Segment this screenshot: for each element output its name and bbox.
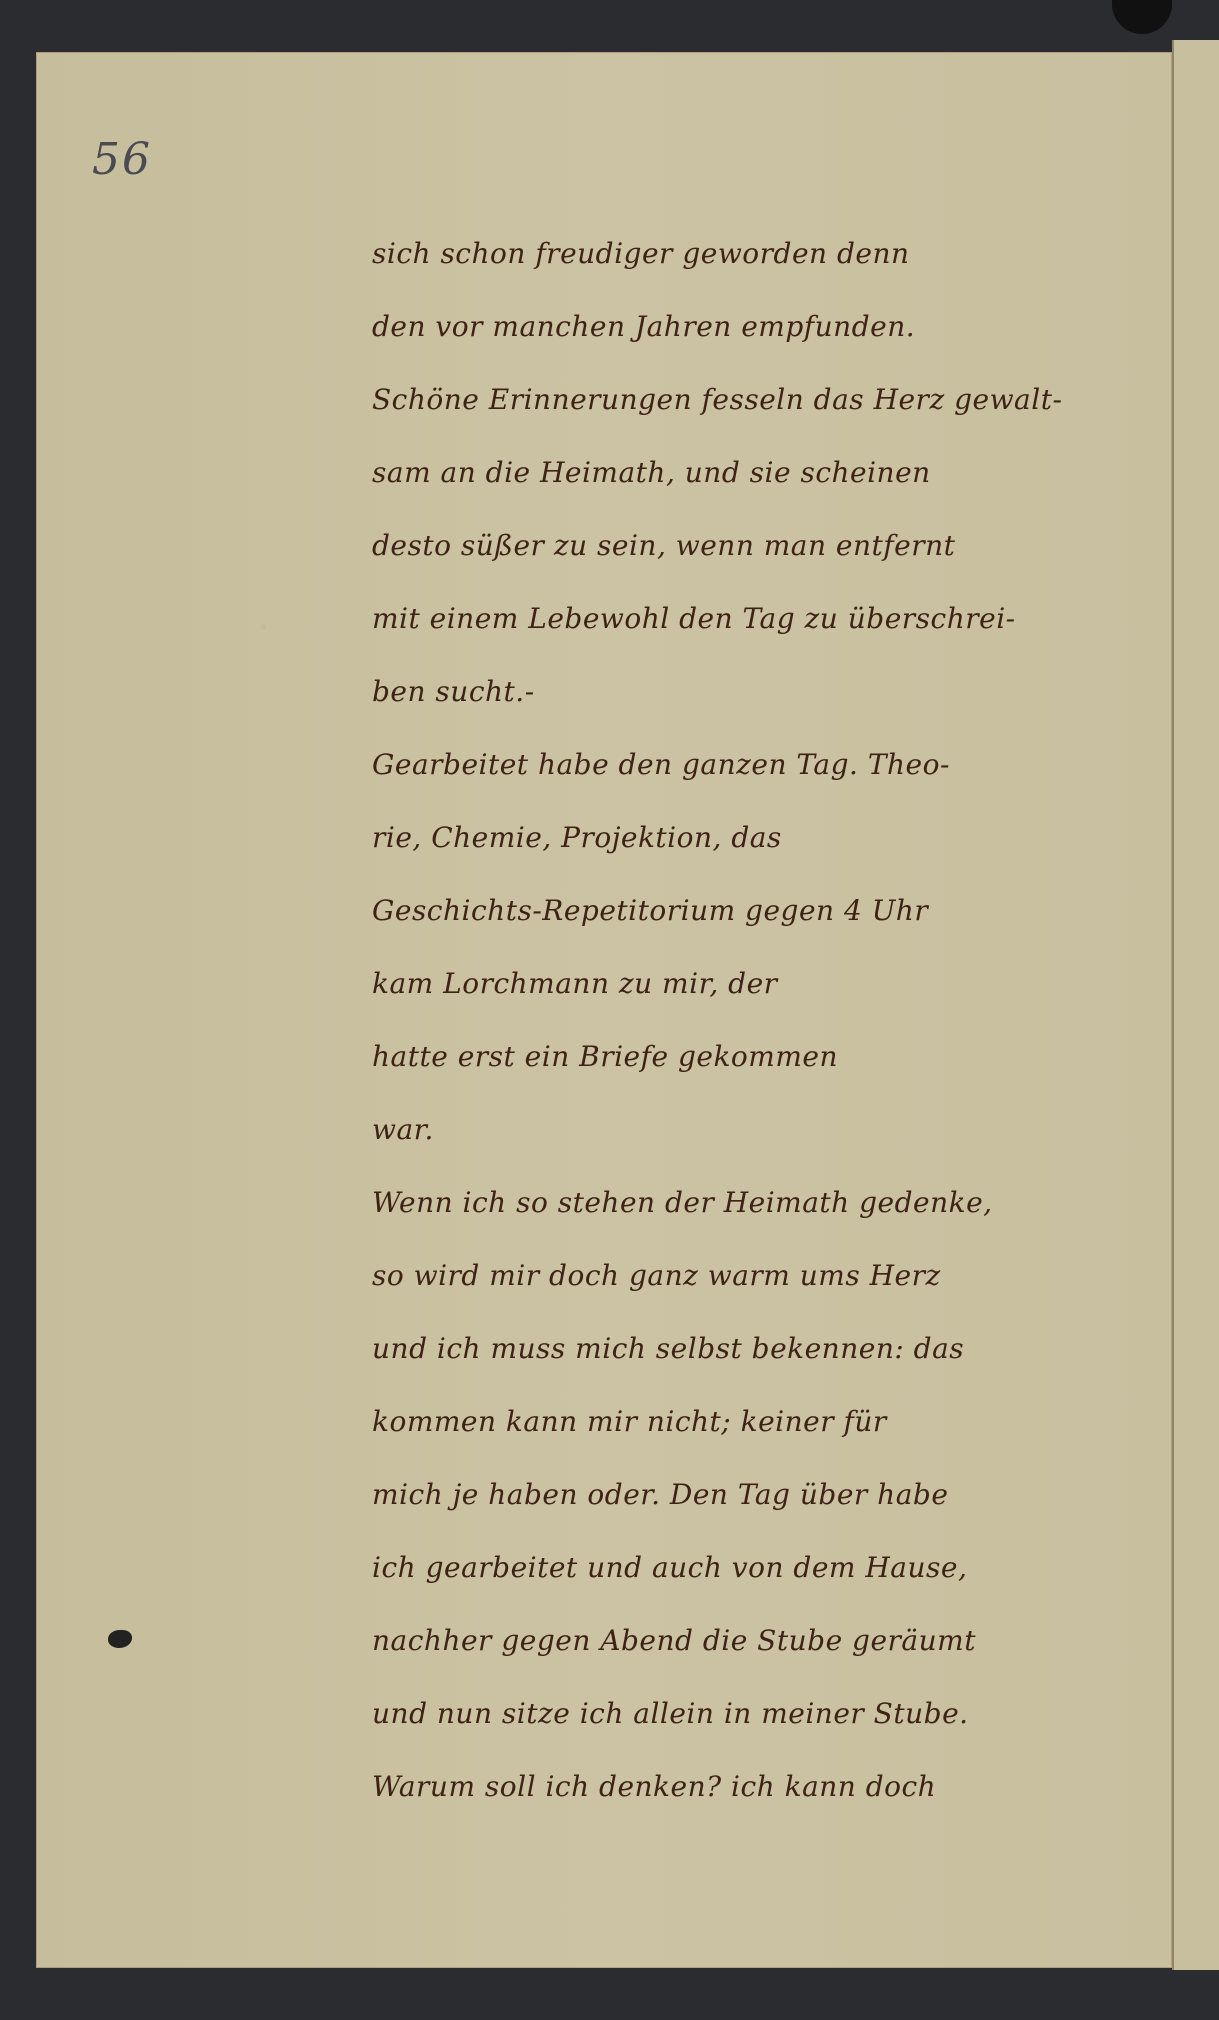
text-line: hatte erst ein Briefe gekommen [372,1029,1072,1102]
text-line: kam Lorchmann zu mir, der [372,956,1072,1029]
text-line: desto süßer zu sein, wenn man entfernt [372,518,1072,591]
text-line: mich je haben oder. Den Tag über habe [372,1467,1072,1540]
text-line: war. [372,1102,1072,1175]
text-line: ben sucht.- [372,664,1072,737]
folio-number: 56 [92,134,152,185]
text-line: und ich muss mich selbst bekennen: das [372,1321,1072,1394]
text-line: ich gearbeitet und auch von dem Hause, [372,1540,1072,1613]
text-line: Schöne Erinnerungen fesseln das Herz gew… [372,372,1072,445]
text-line: Wenn ich so stehen der Heimath gedenke, [372,1175,1072,1248]
text-line: kommen kann mir nicht; keiner für [372,1394,1072,1467]
text-line: den vor manchen Jahren empfunden. [372,299,1072,372]
handwritten-text-block: sich schon freudiger geworden denn den v… [372,226,1072,1832]
text-line: mit einem Lebewohl den Tag zu überschrei… [372,591,1072,664]
dark-blot-top [1112,0,1172,34]
text-line: Warum soll ich denken? ich kann doch [372,1759,1072,1832]
text-line: sam an die Heimath, und sie scheinen [372,445,1072,518]
text-line: und nun sitze ich allein in meiner Stube… [372,1686,1072,1759]
text-line: Geschichts-Repetitorium gegen 4 Uhr [372,883,1072,956]
text-line: nachher gegen Abend die Stube geräumt [372,1613,1072,1686]
text-line: rie, Chemie, Projektion, das [372,810,1072,883]
ink-blot [108,1630,132,1648]
text-line: Gearbeitet habe den ganzen Tag. Theo- [372,737,1072,810]
text-line: so wird mir doch ganz warm ums Herz [372,1248,1072,1321]
text-line: sich schon freudiger geworden denn [372,226,1072,299]
adjacent-page-edge [1172,40,1219,1970]
